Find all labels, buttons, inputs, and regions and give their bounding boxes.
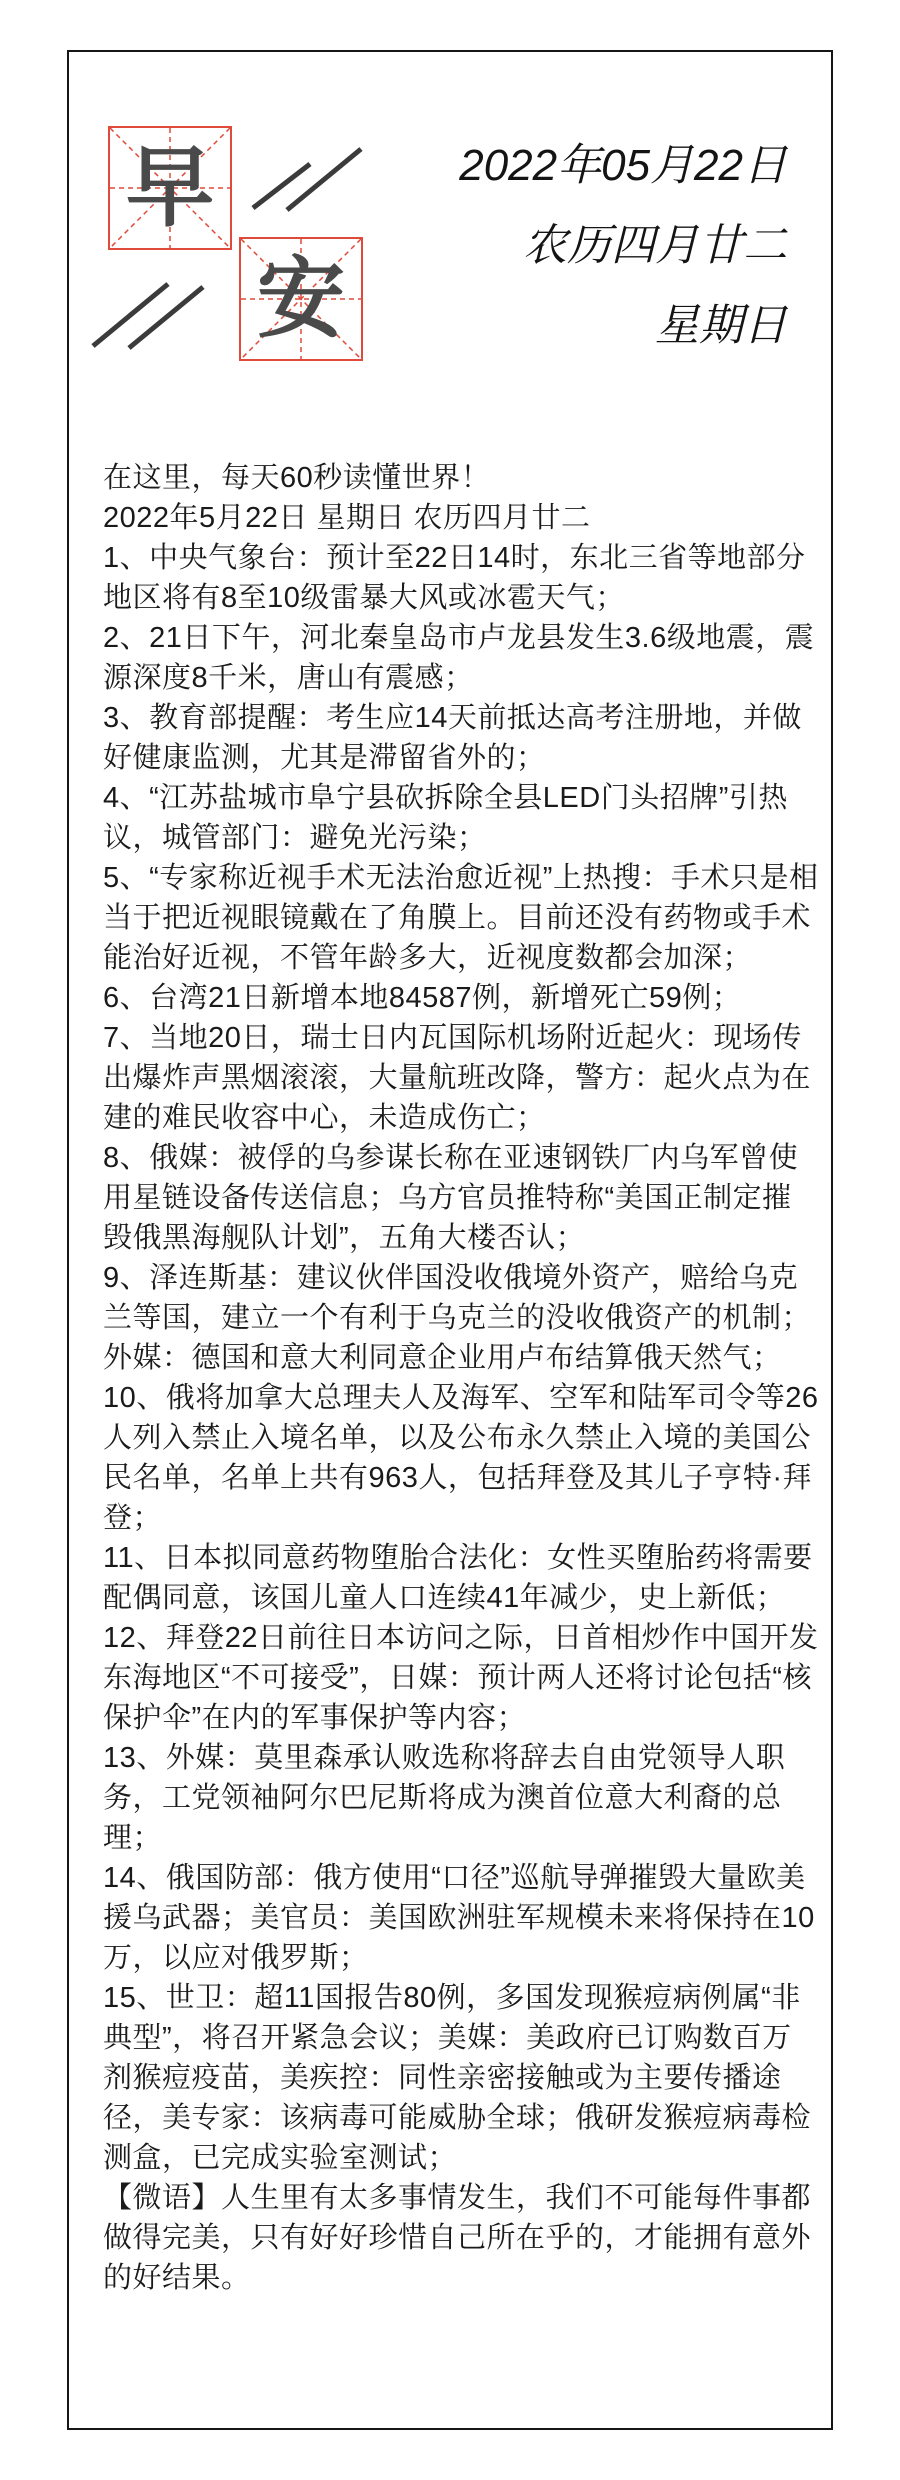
date-summary-line: 2022年5月22日 星期日 农历四月廿二 [103,498,819,538]
news-item-8: 8、俄媒：被俘的乌参谋长称在亚速钢铁厂内乌军曾使用星链设备传送信息；乌方官员推特… [103,1138,819,1258]
news-item-12: 12、拜登22日前往日本访问之际，日首相炒作中国开发东海地区“不可接受”，日媒：… [103,1618,819,1738]
news-item-11: 11、日本拟同意药物堕胎合法化：女性买堕胎药将需要配偶同意，该国儿童人口连续41… [103,1538,819,1618]
date-lunar: 农历四月廿二 [459,206,787,286]
weiyu-line: 【微语】人生里有太多事情发生，我们不可能每件事都做得完美，只有好好珍惜自己所在乎… [103,2178,819,2298]
logo-box-an: 安 [239,237,363,361]
news-item-13: 13、外媒：莫里森承认败选称将辞去自由党领导人职务，工党领袖阿尔巴尼斯将成为澳首… [103,1738,819,1858]
header-date-block: 2022年05月22日 农历四月廿二 星期日 [459,126,787,366]
news-item-5: 5、“专家称近视手术无法治愈近视”上热搜：手术只是相当于把近视眼镜戴在了角膜上。… [103,858,819,978]
intro-line: 在这里，每天60秒读懂世界！ [103,458,819,498]
news-item-9: 9、泽连斯基：建议伙伴国没收俄境外资产，赔给乌克兰等国，建立一个有利于乌克兰的没… [103,1258,819,1378]
news-item-4: 4、“江苏盐城市阜宁县砍拆除全县LED门头招牌”引热议，城管部门：避免光污染； [103,778,819,858]
news-item-2: 2、21日下午，河北秦皇岛市卢龙县发生3.6级地震，震源深度8千米，唐山有震感； [103,618,819,698]
news-body: 在这里，每天60秒读懂世界！ 2022年5月22日 星期日 农历四月廿二 1、中… [103,458,819,2298]
news-item-10: 10、俄将加拿大总理夫人及海军、空军和陆军司令等26人列入禁止入境名单，以及公布… [103,1378,819,1538]
news-item-7: 7、当地20日，瑞士日内瓦国际机场附近起火：现场传出爆炸声黑烟滚滚，大量航班改降… [103,1018,819,1138]
date-weekday: 星期日 [459,286,787,366]
news-item-3: 3、教育部提醒：考生应14天前抵达高考注册地，并做好健康监测，尤其是滞留省外的； [103,698,819,778]
logo-char-zao: 早 [110,128,230,248]
logo-char-an: 安 [241,239,361,359]
news-item-14: 14、俄国防部：俄方使用“口径”巡航导弹摧毁大量欧美援乌武器；美官员：美国欧洲驻… [103,1858,819,1978]
morning-news-poster: 早 安 2022年05月22日 农历四月廿二 星期日 在这里，每天60秒读懂世界… [0,0,900,2480]
news-item-15: 15、世卫：超11国报告80例，多国发现猴痘病例属“非典型”，将召开紧急会议；美… [103,1978,819,2178]
logo-box-zao: 早 [108,126,232,250]
news-item-1: 1、中央气象台：预计至22日14时，东北三省等地部分地区将有8至10级雷暴大风或… [103,538,819,618]
news-item-6: 6、台湾21日新增本地84587例，新增死亡59例； [103,978,819,1018]
date-gregorian: 2022年05月22日 [459,126,787,206]
